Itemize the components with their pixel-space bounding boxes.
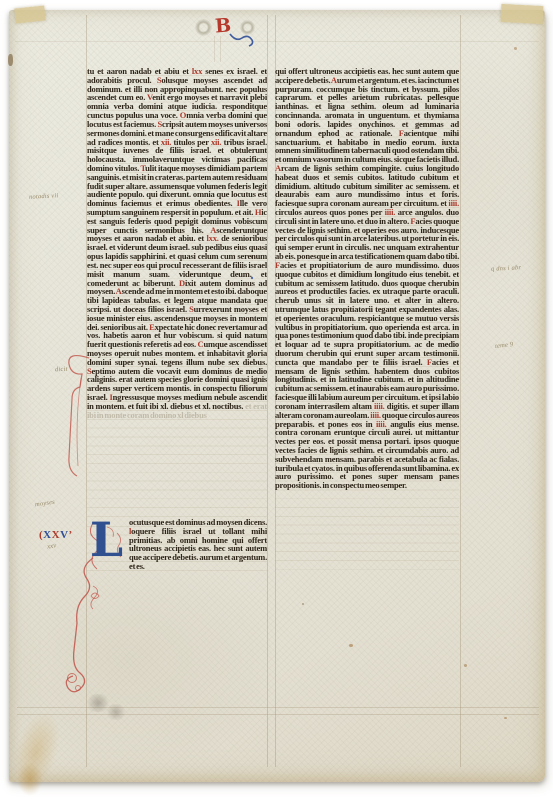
chapter-numeral: X — [43, 529, 51, 541]
text-column-1-chapter-block: L ocutusque est dominus ad moysen dicens… — [87, 518, 267, 571]
marginal-note: q dns i abr — [491, 264, 522, 273]
chapter-initial-box: L — [87, 519, 125, 571]
tape-repair-top-left — [14, 5, 45, 23]
ruling-line-vertical — [460, 15, 461, 767]
ruling-line-vertical — [220, 36, 221, 62]
ruling-line-horizontal — [17, 714, 539, 715]
marginal-note: notadis vii — [29, 192, 59, 201]
water-stain — [17, 762, 43, 796]
tape-repair-top-right — [501, 4, 544, 24]
header-ghost-mark — [195, 19, 212, 36]
speck — [464, 664, 467, 667]
chapter-numeral: V — [60, 529, 68, 541]
text-run: oquere filiis israel ut tollant mihi pri… — [129, 526, 267, 571]
edge-nick — [8, 54, 13, 66]
ink-stain — [85, 694, 111, 712]
chapter-numeral: ’ — [69, 529, 73, 541]
text-run: angulis eius mense. contra coronam erunt… — [275, 419, 459, 491]
text-run: rcam de lignis sethim compingite. cuius … — [275, 163, 459, 208]
water-stain — [3, 706, 69, 799]
chapter-number-xxv: (XXV’ — [39, 529, 73, 541]
ruling-line-horizontal — [17, 707, 539, 708]
text-column-2: qui offert ultroneus accipietis eas. hec… — [275, 67, 459, 570]
ruling-line-horizontal — [15, 41, 539, 42]
parchment-leaf: B tu et aaron nadab et abiu et lxx senes… — [9, 10, 545, 782]
header-ghost-mark — [240, 20, 255, 35]
ruling-line-vertical — [267, 15, 268, 767]
chapter-opening-text: ocutusque est dominus ad moysen dicens. … — [129, 518, 267, 571]
running-title-letter: B — [214, 14, 232, 37]
speck — [349, 644, 353, 647]
chapter-initial-L: L — [90, 518, 123, 567]
text-column-1: tu et aaron nadab et abiu et lxx senes e… — [87, 67, 267, 517]
ruling-line-vertical — [214, 36, 215, 62]
chapter-guide-note: xxv — [46, 541, 56, 550]
marginal-note: moyses — [35, 499, 56, 509]
speck — [302, 603, 304, 605]
marginal-note: dicit — [55, 366, 68, 373]
text-run: ngressusque moyses medium nebule ascendi… — [87, 392, 267, 411]
marginal-note: teme 9 — [495, 341, 514, 350]
text-run: acies et propitiatorium de auro mundissi… — [275, 260, 459, 367]
speck — [504, 717, 507, 719]
chapter-numeral: X — [52, 529, 60, 541]
speck — [514, 47, 517, 50]
